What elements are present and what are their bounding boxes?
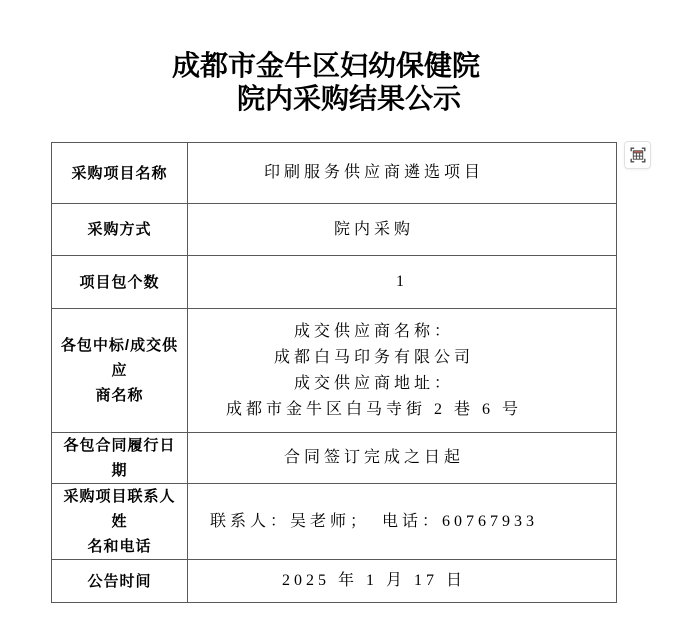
value-project-name: 印刷服务供应商遴选项目 (188, 143, 617, 204)
table-row: 采购项目联系人姓 名和电话 联系人：吴老师； 电话：60767933 (52, 484, 617, 560)
label-contract-performance-date: 各包合同履行日期 (52, 433, 188, 484)
value-announcement-date: 2025 年 1 月 17 日 (188, 560, 617, 603)
document-title-line-1: 成都市金牛区妇幼保健院 (0, 50, 667, 83)
table-row: 各包合同履行日期 合同签订完成之日起 (52, 433, 617, 484)
value-winning-supplier: 成交供应商名称： 成都白马印务有限公司 成交供应商地址： 成都市金牛区白马寺街 … (188, 309, 617, 433)
label-winning-supplier: 各包中标/成交供应 商名称 (52, 309, 188, 433)
document-title: 成都市金牛区妇幼保健院 院内采购结果公示 (0, 50, 682, 116)
label-package-count: 项目包个数 (52, 256, 188, 309)
table-capture-icon (630, 147, 646, 163)
table-row: 公告时间 2025 年 1 月 17 日 (52, 560, 617, 603)
value-package-count: 1 (188, 256, 617, 309)
document-title-line-2: 院内采购结果公示 (8, 83, 682, 116)
value-contract-performance-date: 合同签订完成之日起 (188, 433, 617, 484)
label-project-name: 采购项目名称 (52, 143, 188, 204)
label-announcement-date: 公告时间 (52, 560, 188, 603)
table-row: 采购项目名称 印刷服务供应商遴选项目 (52, 143, 617, 204)
procurement-result-table: 采购项目名称 印刷服务供应商遴选项目 采购方式 院内采购 项目包个数 1 各包中… (51, 142, 617, 603)
table-row: 项目包个数 1 (52, 256, 617, 309)
value-contact-person: 联系人：吴老师； 电话：60767933 (188, 484, 617, 560)
label-procurement-method: 采购方式 (52, 204, 188, 256)
table-row: 各包中标/成交供应 商名称 成交供应商名称： 成都白马印务有限公司 成交供应商地… (52, 309, 617, 433)
value-procurement-method: 院内采购 (188, 204, 617, 256)
table-row: 采购方式 院内采购 (52, 204, 617, 256)
table-capture-button[interactable] (624, 141, 651, 169)
label-contact-person: 采购项目联系人姓 名和电话 (52, 484, 188, 560)
